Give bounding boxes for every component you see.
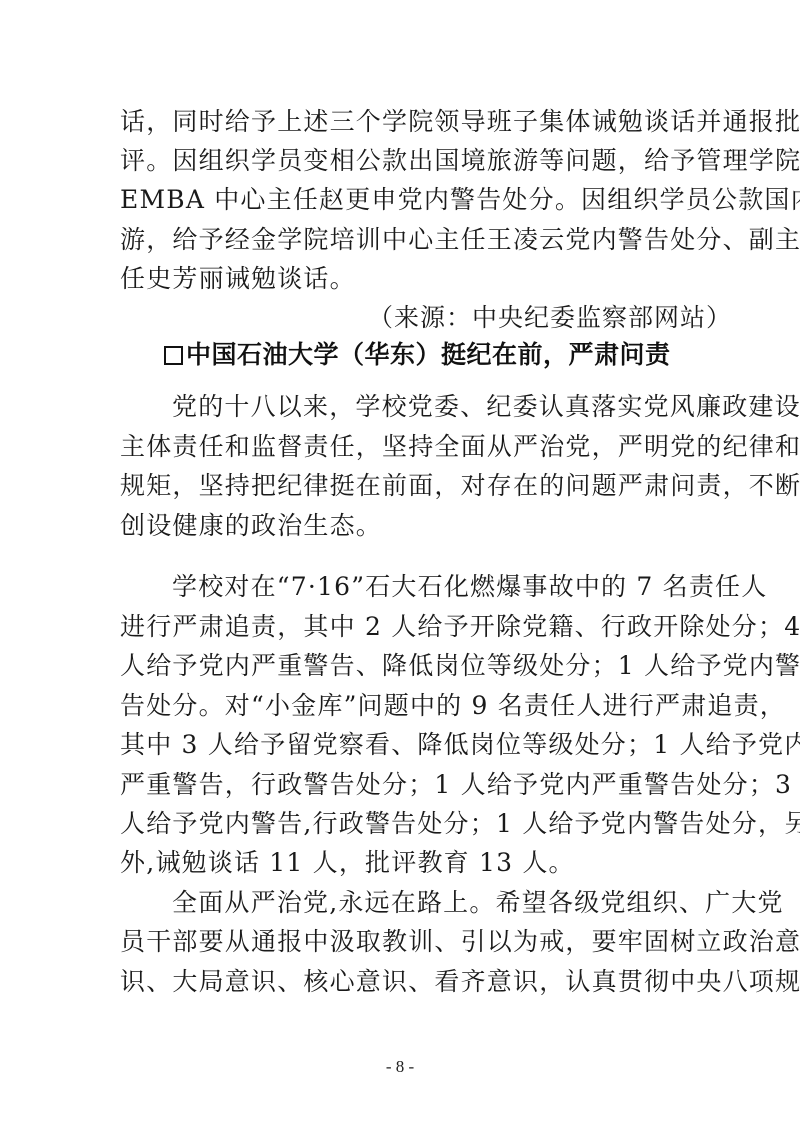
text-line: 员干部要从通报中汲取教训、引以为戒，要牢固树立政治意 <box>120 927 680 957</box>
text-line: 识、大局意识、核心意识、看齐意识，认真贯彻中央八项规 <box>120 967 680 997</box>
text-line: 创设健康的政治生态。 <box>120 511 680 541</box>
text-line: 外,诫勉谈话 11 人，批评教育 13 人。 <box>120 848 680 878</box>
text-line: EMBA 中心主任赵更申党内警告处分。因组织学员公款国内旅 <box>120 185 680 215</box>
section-heading-text: 中国石油大学（华东）挺纪在前，严肃问责 <box>186 340 671 369</box>
text-line: 其中 3 人给予留党察看、降低岗位等级处分；1 人给予党内 <box>120 730 680 760</box>
text-line: 评。因组织学员变相公款出国境旅游等问题，给予管理学院 <box>120 146 680 176</box>
text-line: 游，给予经金学院培训中心主任王凌云党内警告处分、副主 <box>120 225 680 255</box>
text-line: 学校对在“7·16”石大石化燃爆事故中的 7 名责任人 <box>172 572 680 602</box>
page-number: - 8 - <box>0 1056 800 1078</box>
text-line: 人给予党内警告,行政警告处分；1 人给予党内警告处分，另 <box>120 809 680 839</box>
text-line: 话，同时给予上述三个学院领导班子集体诫勉谈话并通报批 <box>120 107 680 137</box>
document-page: 话，同时给予上述三个学院领导班子集体诫勉谈话并通报批 评。因组织学员变相公款出国… <box>0 0 800 1131</box>
source-note: （来源：中央纪委监察部网站） <box>368 303 680 333</box>
text-line: 人给予党内严重警告、降低岗位等级处分；1 人给予党内警 <box>120 651 680 681</box>
checkbox-square-icon <box>164 346 183 365</box>
text-line: 进行严肃追责，其中 2 人给予开除党籍、行政开除处分；4 <box>120 612 680 642</box>
text-line: 全面从严治党,永远在路上。希望各级党组织、广大党 <box>172 888 680 918</box>
section-heading: 中国石油大学（华东）挺纪在前，严肃问责 <box>164 339 684 371</box>
text-line: 任史芳丽诫勉谈话。 <box>120 264 680 294</box>
text-line: 规矩，坚持把纪律挺在前面，对存在的问题严肃问责，不断 <box>120 471 680 501</box>
text-line: 主体责任和监督责任，坚持全面从严治党，严明党的纪律和 <box>120 432 680 462</box>
text-line: 严重警告，行政警告处分；1 人给予党内严重警告处分；3 <box>120 770 680 800</box>
text-line: 党的十八以来，学校党委、纪委认真落实党风廉政建设 <box>172 392 680 422</box>
text-line: 告处分。对“小金库”问题中的 9 名责任人进行严肃追责， <box>120 691 680 721</box>
